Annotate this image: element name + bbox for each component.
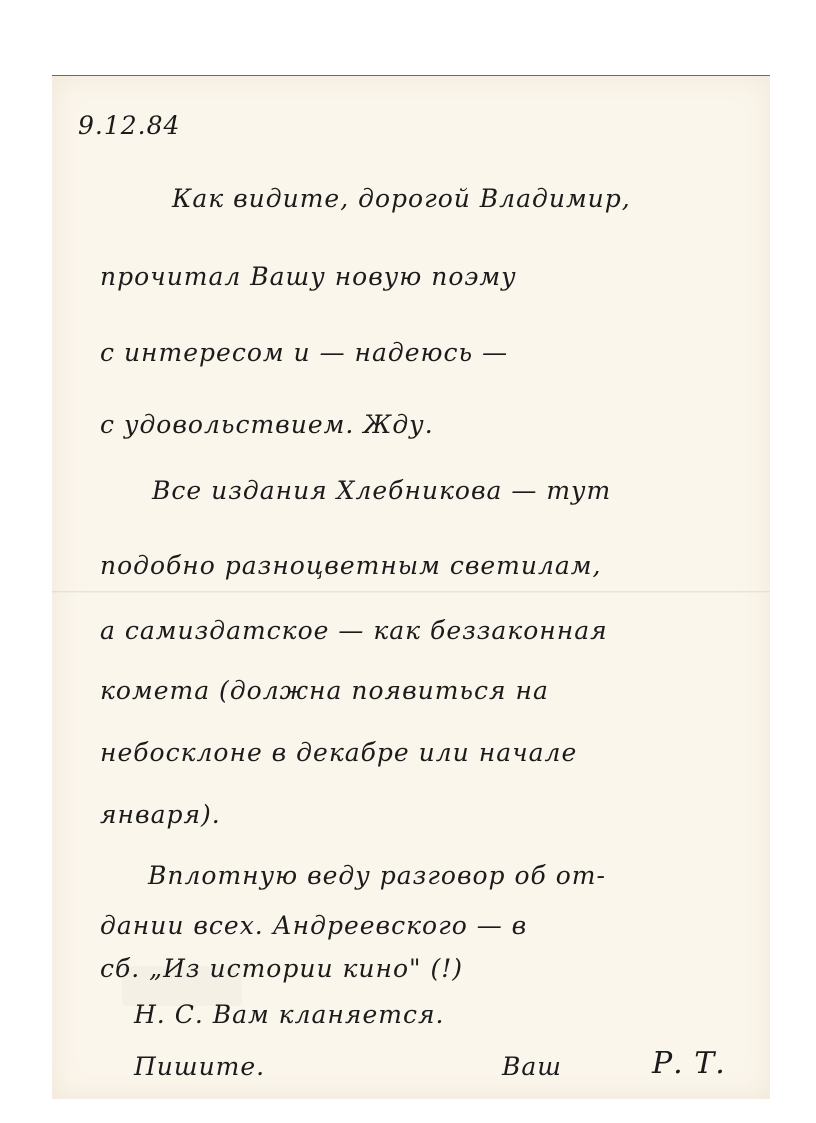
letter-line: с удовольствием. Жду. [100, 410, 434, 439]
letter-signature: Р. Т. [652, 1046, 726, 1081]
letter-line: Как видите, дорогой Владимир, [172, 184, 631, 213]
letter-line: сб. „Из истории кино" (!) [100, 954, 463, 983]
fold-line [52, 591, 770, 593]
letter-date: 9.12.84 [78, 111, 180, 140]
letter-line: прочитал Вашу новую поэму [100, 262, 517, 291]
letter-page: 9.12.84 Как видите, дорогой Владимир, пр… [52, 75, 770, 1099]
letter-line: Все издания Хлебникова — тут [152, 476, 611, 505]
letter-closing: Ваш [502, 1052, 562, 1081]
letter-line: января). [100, 800, 221, 829]
letter-line: подобно разноцветным светилам, [100, 551, 601, 580]
letter-line: небосклоне в декабре или начале [100, 738, 577, 767]
letter-line: с интересом и — надеюсь — [100, 338, 508, 367]
letter-line: Пишите. [134, 1052, 265, 1081]
letter-line: Вплотную веду разговор об от- [148, 861, 606, 890]
letter-line: комета (должна появиться на [100, 676, 549, 705]
letter-line: дании всех. Андреевского — в [100, 911, 527, 940]
letter-line: а самиздатское — как беззаконная [100, 616, 608, 645]
letter-line: Н. С. Вам кланяется. [134, 1000, 444, 1029]
